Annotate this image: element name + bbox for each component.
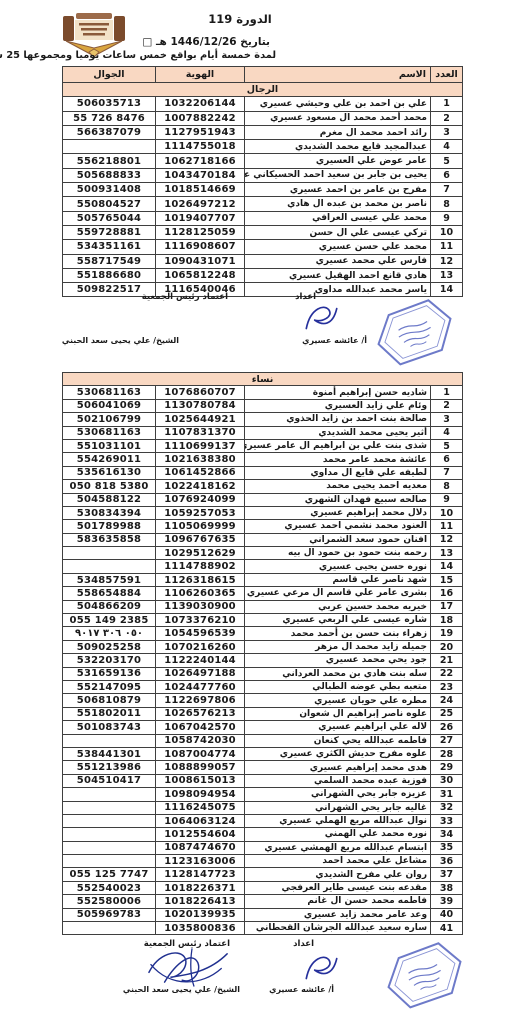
- cell-serial: 12: [431, 254, 463, 268]
- cell-id: 1018226413: [156, 895, 245, 908]
- table-row: 11محمد علي حسن عسيري1116908607534351161: [63, 240, 463, 254]
- cell-id: 1110699137: [156, 439, 245, 452]
- table-row: 10تركي عيسى علي ال حسن112812505955972888…: [63, 225, 463, 239]
- cell-serial: 7: [431, 183, 463, 197]
- cell-name: مشاعل علي محمد احمد: [245, 855, 431, 868]
- table-row: 38مقدعه بنت عيسى طاير العرفجي10182263715…: [63, 881, 463, 894]
- cell-id: 1114755018: [156, 140, 245, 154]
- table-row: 33نوال عبدالله مريع الهملي عسيري10640631…: [63, 814, 463, 827]
- table-row: 21جود يحي محمد عسيري1122240144532203170: [63, 654, 463, 667]
- cell-mobile: 534857591: [63, 573, 156, 586]
- column-header-name: الاسم: [245, 67, 431, 83]
- table-row: 37روان علي مفرح الشديدي1128147723055 125…: [63, 868, 463, 881]
- cell-name: محمد علي حسن عسيري: [245, 240, 431, 254]
- cell-name: نوره حسن يحيى عسيري: [245, 560, 431, 573]
- cell-mobile: 554269011: [63, 453, 156, 466]
- cell-id: 1025644921: [156, 413, 245, 426]
- cell-name: نوره محمد علي الهمني: [245, 828, 431, 841]
- cell-mobile: 551213986: [63, 761, 156, 774]
- cell-name: عائشة محمد عامر محمد: [245, 453, 431, 466]
- table-row: 5عامر عوض علي العسيري1062718166556218801: [63, 154, 463, 168]
- table-row: 3رائد احمد محمد ال مغرم11279519435663870…: [63, 125, 463, 139]
- table-row: 11العنود محمد نشمي احمد عسيري11050699995…: [63, 520, 463, 533]
- cell-id: 1098094954: [156, 788, 245, 801]
- cell-serial: 15: [431, 573, 463, 586]
- table-row: 14نوره حسن يحيى عسيري1114788902: [63, 560, 463, 573]
- cell-id: 1090431071: [156, 254, 245, 268]
- cell-mobile: 530681163: [63, 386, 156, 399]
- table-row: 18شاره عيسى علي الربعي عسيري107337621005…: [63, 614, 463, 627]
- cell-name: فوزية عبده محمد السلمي: [245, 774, 431, 787]
- cell-mobile: [63, 560, 156, 573]
- cell-mobile: [63, 828, 156, 841]
- cell-serial: 9: [431, 493, 463, 506]
- cell-serial: 18: [431, 614, 463, 627]
- cell-mobile: 566387079: [63, 125, 156, 139]
- cell-serial: 1: [431, 386, 463, 399]
- cell-name: عزيزه جابر يحي الشهراني: [245, 788, 431, 801]
- cell-mobile: 558654884: [63, 587, 156, 600]
- approver-name: الشيخ/ علي يحيى سعد الحبني: [62, 336, 179, 345]
- cell-name: جود يحي محمد عسيري: [245, 654, 431, 667]
- cell-name: فاطمه عبدالله يحي كنعان: [245, 734, 431, 747]
- approver-name: الشيخ/ علي يحيى سعد الحبني: [123, 985, 240, 994]
- cell-serial: 10: [431, 506, 463, 519]
- preparer-name: أ/ عائشه عسيري: [302, 336, 367, 345]
- cell-mobile: 534351161: [63, 240, 156, 254]
- cell-id: 1105069999: [156, 520, 245, 533]
- cell-mobile: 501083743: [63, 721, 156, 734]
- cell-mobile: [63, 788, 156, 801]
- cell-serial: 9: [431, 211, 463, 225]
- cell-mobile: 552147095: [63, 680, 156, 693]
- cell-serial: 12: [431, 533, 463, 546]
- cell-id: 1043470184: [156, 168, 245, 182]
- table-row: 6يحيى بن جابر بن سعيد احمد الحسيكاني عسي…: [63, 168, 463, 182]
- cell-id: 1076860707: [156, 386, 245, 399]
- table-row: 30فوزية عبده محمد السلمي1008615013504510…: [63, 774, 463, 787]
- course-title: الدورة 119: [0, 12, 480, 26]
- table-row: 12افنان حمود سعد الشمراني109676763558363…: [63, 533, 463, 546]
- table-row: 4أثير يحيى محمد الشديدي11078313705306811…: [63, 426, 463, 439]
- cell-name: علوه ناصر إبراهيم ال شعوان: [245, 707, 431, 720]
- cell-serial: 23: [431, 680, 463, 693]
- table-row: 10دلال محمد إبراهيم عسيري105925705353083…: [63, 506, 463, 519]
- cell-id: 1123163006: [156, 855, 245, 868]
- cell-name: روان علي مفرح الشديدي: [245, 868, 431, 881]
- cell-id: 1062718166: [156, 154, 245, 168]
- table-row: 35ابتسام عبدالله مريع الهمشي عسيري108747…: [63, 841, 463, 854]
- table-row: 24مطره علي حويان عسيري112269780650681087…: [63, 694, 463, 707]
- cell-id: 1035800836: [156, 922, 245, 935]
- cell-serial: 32: [431, 801, 463, 814]
- cell-serial: 2: [431, 399, 463, 412]
- cell-serial: 11: [431, 520, 463, 533]
- cell-id: 1020139935: [156, 908, 245, 921]
- cell-name: زهراء بنت حسن بن أحمد محمد: [245, 627, 431, 640]
- table-row: 16بشرى عامر علي قاسم ال مرعي عسيري110626…: [63, 587, 463, 600]
- cell-id: 1064063124: [156, 814, 245, 827]
- cell-name: لطيفه علي قايع ال مداوي: [245, 466, 431, 479]
- cell-mobile: 551802011: [63, 707, 156, 720]
- cell-mobile: 509025258: [63, 640, 156, 653]
- cell-mobile: 556218801: [63, 154, 156, 168]
- cell-serial: 24: [431, 694, 463, 707]
- cell-serial: 21: [431, 654, 463, 667]
- men-section-label: الرجال: [63, 83, 463, 97]
- cell-name: لاله علي ابراهيم عسيري: [245, 721, 431, 734]
- table-row: 6عائشة محمد عامر محمد1021638380554269011: [63, 453, 463, 466]
- cell-mobile: 506810879: [63, 694, 156, 707]
- cell-id: 1076924099: [156, 493, 245, 506]
- cell-name: ناصر بن محمد بن عبده ال هادي: [245, 197, 431, 211]
- cell-id: 1026497188: [156, 667, 245, 680]
- cell-id: 1008615013: [156, 774, 245, 787]
- cell-serial: 4: [431, 426, 463, 439]
- cell-serial: 2: [431, 111, 463, 125]
- cell-serial: 33: [431, 814, 463, 827]
- cell-serial: 7: [431, 466, 463, 479]
- cell-mobile: 501789988: [63, 520, 156, 533]
- approver-signature: [140, 945, 240, 989]
- table-row: 12فارس علي محمد عسيري1090431071558717549: [63, 254, 463, 268]
- cell-serial: 14: [431, 560, 463, 573]
- cell-serial: 3: [431, 125, 463, 139]
- cell-name: شاديه حسن إبراهيم أمنوة: [245, 386, 431, 399]
- cell-mobile: [63, 140, 156, 154]
- men-section-row: الرجال: [63, 83, 463, 97]
- prepare-label: اعداد: [293, 939, 314, 949]
- cell-mobile: 050 818 5380: [63, 480, 156, 493]
- cell-name: معديه احمد يحيى محمد: [245, 480, 431, 493]
- cell-id: 1024477760: [156, 680, 245, 693]
- table-row: 22سله بنت هادي بن محمد العرداني102649718…: [63, 667, 463, 680]
- cell-mobile: 504866209: [63, 600, 156, 613]
- cell-name: شذى بنت علي بن ابراهيم ال عامر عسيري: [245, 439, 431, 452]
- cell-id: 1087004774: [156, 747, 245, 760]
- blue-hexagon-stamp: [375, 936, 474, 1017]
- cell-serial: 13: [431, 547, 463, 560]
- column-header-mobile: الجوال: [63, 67, 156, 83]
- table-row: 34نوره محمد علي الهمني1012554604: [63, 828, 463, 841]
- cell-name: مقدعه بنت عيسى طاير العرفجي: [245, 881, 431, 894]
- cell-mobile: 532203170: [63, 654, 156, 667]
- cell-serial: 1: [431, 97, 463, 111]
- cell-mobile: 55 726 8476: [63, 111, 156, 125]
- cell-serial: 22: [431, 667, 463, 680]
- cell-name: محمد علي عيسى العرافي: [245, 211, 431, 225]
- cell-id: 1127951943: [156, 125, 245, 139]
- cell-mobile: 559728881: [63, 225, 156, 239]
- cell-id: 1116245075: [156, 801, 245, 814]
- cell-serial: 6: [431, 168, 463, 182]
- cell-serial: 6: [431, 453, 463, 466]
- cell-serial: 26: [431, 721, 463, 734]
- cell-name: فاطمه محمد حسن ال غانم: [245, 895, 431, 908]
- cell-id: 1026497212: [156, 197, 245, 211]
- cell-serial: 41: [431, 922, 463, 935]
- table-row: 7مفرح بن عامر بن احمد عسيري1018514669500…: [63, 183, 463, 197]
- cell-id: 1106260365: [156, 587, 245, 600]
- cell-mobile: 505688833: [63, 168, 156, 182]
- cell-id: 1116908607: [156, 240, 245, 254]
- cell-mobile: 500931408: [63, 183, 156, 197]
- cell-name: بشرى عامر علي قاسم ال مرعي عسيري: [245, 587, 431, 600]
- cell-name: سله بنت هادي بن محمد العرداني: [245, 667, 431, 680]
- table-row: 5شذى بنت علي بن ابراهيم ال عامر عسيري111…: [63, 439, 463, 452]
- table-row: 13رحمه بنت حمود بن حمود ال بيه1029512629: [63, 547, 463, 560]
- cell-mobile: 506041069: [63, 399, 156, 412]
- cell-serial: 8: [431, 197, 463, 211]
- cell-mobile: 550804527: [63, 197, 156, 211]
- cell-name: هدى محمد إبراهيم عسيري: [245, 761, 431, 774]
- cell-id: 1061452866: [156, 466, 245, 479]
- cell-name: علوه مفرح حديش الكثري عسيري: [245, 747, 431, 760]
- cell-name: عبدالمجيد قايع محمد الشديدي: [245, 140, 431, 154]
- cell-name: افنان حمود سعد الشمراني: [245, 533, 431, 546]
- cell-name: يحيى بن جابر بن سعيد احمد الحسيكاني عسير…: [245, 168, 431, 182]
- table-row: 13هادي قانع احمد الهقيل عسيري10658122485…: [63, 268, 463, 282]
- cell-name: رحمه بنت حمود بن حمود ال بيه: [245, 547, 431, 560]
- women-signature-block: اعتماد رئيس الجمعية اعداد الشيخ/ علي يحي…: [62, 938, 462, 1022]
- cell-name: وئام علي زايد العسيري: [245, 399, 431, 412]
- course-date-line: □ بتاريخ 1446/12/26 هـ: [142, 36, 270, 48]
- cell-mobile: 502106799: [63, 413, 156, 426]
- cell-id: 1012554604: [156, 828, 245, 841]
- cell-name: مفرح بن عامر بن احمد عسيري: [245, 183, 431, 197]
- cell-name: محمد أحمد محمد ال مسعود عسيري: [245, 111, 431, 125]
- table-row: 28علوه مفرح حديش الكثري عسيري10870047745…: [63, 747, 463, 760]
- table-header-row: العدد الاسم الهوية الجوال: [63, 67, 463, 83]
- cell-name: غاليه جابر يحي الشهراني: [245, 801, 431, 814]
- cell-mobile: 505969783: [63, 908, 156, 921]
- cell-mobile: 530681163: [63, 426, 156, 439]
- cell-serial: 29: [431, 761, 463, 774]
- cell-serial: 27: [431, 734, 463, 747]
- cell-mobile: [63, 547, 156, 560]
- table-row: 26لاله علي ابراهيم عسيري1067042570501083…: [63, 721, 463, 734]
- table-row: 39فاطمه محمد حسن ال غانم1018226413552580…: [63, 895, 463, 908]
- table-row: 8ناصر بن محمد بن عبده ال هادي10264972125…: [63, 197, 463, 211]
- column-header-serial: العدد: [431, 67, 463, 83]
- table-row: 9صالحه سبيع فهدان الشهري1076924099504588…: [63, 493, 463, 506]
- cell-serial: 37: [431, 868, 463, 881]
- cell-name: صالحه سبيع فهدان الشهري: [245, 493, 431, 506]
- cell-mobile: 538441301: [63, 747, 156, 760]
- cell-id: 1128125059: [156, 225, 245, 239]
- course-duration-line: □ لمدة خمسة أيام بواقع خمس ساعات يوميا و…: [0, 50, 276, 61]
- cell-mobile: ٠٥٠ ٣٠٦ ٩٠١٧: [63, 627, 156, 640]
- cell-id: 1087474670: [156, 841, 245, 854]
- cell-name: دلال محمد إبراهيم عسيري: [245, 506, 431, 519]
- cell-id: 1139030900: [156, 600, 245, 613]
- cell-id: 1114788902: [156, 560, 245, 573]
- preparer-signature: [300, 301, 342, 333]
- cell-serial: 36: [431, 855, 463, 868]
- cell-mobile: 535616130: [63, 466, 156, 479]
- cell-id: 1073376210: [156, 614, 245, 627]
- cell-id: 1088899057: [156, 761, 245, 774]
- cell-id: 1032206144: [156, 97, 245, 111]
- table-row: 1علي بن احمد بن علي وحيشي عسيري103220614…: [63, 97, 463, 111]
- cell-mobile: [63, 841, 156, 854]
- cell-serial: 4: [431, 140, 463, 154]
- table-row: 27فاطمه عبدالله يحي كنعان1058742030: [63, 734, 463, 747]
- cell-mobile: 552540023: [63, 881, 156, 894]
- cell-id: 1070216260: [156, 640, 245, 653]
- cell-name: خيريه محمد حسين عربي: [245, 600, 431, 613]
- cell-mobile: [63, 922, 156, 935]
- cell-name: هادي قانع احمد الهقيل عسيري: [245, 268, 431, 282]
- women-section-label: نساء: [63, 373, 463, 386]
- cell-serial: 20: [431, 640, 463, 653]
- cell-serial: 13: [431, 268, 463, 282]
- cell-mobile: 552580006: [63, 895, 156, 908]
- cell-serial: 8: [431, 480, 463, 493]
- cell-mobile: 506035713: [63, 97, 156, 111]
- table-row: 8معديه احمد يحيى محمد1022418162050 818 5…: [63, 480, 463, 493]
- cell-mobile: 055 149 2385: [63, 614, 156, 627]
- cell-name: علي بن احمد بن علي وحيشي عسيري: [245, 97, 431, 111]
- column-header-id: الهوية: [156, 67, 245, 83]
- cell-id: 1128147723: [156, 868, 245, 881]
- cell-id: 1065812248: [156, 268, 245, 282]
- blue-hexagon-stamp: [365, 293, 464, 374]
- table-row: 32غاليه جابر يحي الشهراني1116245075: [63, 801, 463, 814]
- cell-id: 1007882242: [156, 111, 245, 125]
- cell-name: العنود محمد نشمي احمد عسيري: [245, 520, 431, 533]
- women-section-row: نساء: [63, 373, 463, 386]
- table-row: 41ساره سعيد عبدالله الجرشان القحطاني1035…: [63, 922, 463, 935]
- cell-id: 1059257053: [156, 506, 245, 519]
- cell-serial: 3: [431, 413, 463, 426]
- cell-mobile: 531659136: [63, 667, 156, 680]
- cell-name: صالحة بنت احمد بن زايد الحذوي: [245, 413, 431, 426]
- cell-name: فارس علي محمد عسيري: [245, 254, 431, 268]
- table-row: 3صالحة بنت احمد بن زايد الحذوي1025644921…: [63, 413, 463, 426]
- cell-id: 1019407707: [156, 211, 245, 225]
- cell-serial: 28: [431, 747, 463, 760]
- women-roster-table: نساء 1شاديه حسن إبراهيم أمنوة10768607075…: [62, 372, 463, 935]
- cell-id: 1096767635: [156, 533, 245, 546]
- cell-mobile: 583635858: [63, 533, 156, 546]
- cell-id: 1067042570: [156, 721, 245, 734]
- cell-name: شهد ناصر علي قاسم: [245, 573, 431, 586]
- preparer-name: أ/ عائشه عسيري: [269, 985, 334, 994]
- cell-mobile: [63, 855, 156, 868]
- cell-mobile: 055 125 7747: [63, 868, 156, 881]
- cell-serial: 17: [431, 600, 463, 613]
- cell-name: مطره علي حويان عسيري: [245, 694, 431, 707]
- men-roster-table: العدد الاسم الهوية الجوال الرجال 1علي بن…: [62, 66, 463, 297]
- table-row: 29هدى محمد إبراهيم عسيري1088899057551213…: [63, 761, 463, 774]
- cell-serial: 10: [431, 225, 463, 239]
- cell-serial: 31: [431, 788, 463, 801]
- table-row: 7لطيفه علي قايع ال مداوي1061452866535616…: [63, 466, 463, 479]
- table-row: 36مشاعل علي محمد احمد1123163006: [63, 855, 463, 868]
- cell-id: 1026576213: [156, 707, 245, 720]
- cell-id: 1122697806: [156, 694, 245, 707]
- cell-mobile: 551886680: [63, 268, 156, 282]
- cell-mobile: 505765044: [63, 211, 156, 225]
- cell-serial: 25: [431, 707, 463, 720]
- cell-serial: 34: [431, 828, 463, 841]
- table-row: 15شهد ناصر علي قاسم1126318615534857591: [63, 573, 463, 586]
- table-row: 31عزيزه جابر يحي الشهراني1098094954: [63, 788, 463, 801]
- cell-mobile: 504588122: [63, 493, 156, 506]
- preparer-signature: [300, 951, 342, 983]
- cell-serial: 40: [431, 908, 463, 921]
- cell-id: 1130780784: [156, 399, 245, 412]
- table-row: 25علوه ناصر إبراهيم ال شعوان102657621355…: [63, 707, 463, 720]
- table-row: 40وعد عامر محمد زايد عسيري10201399355059…: [63, 908, 463, 921]
- cell-name: تركي عيسى علي ال حسن: [245, 225, 431, 239]
- cell-serial: 19: [431, 627, 463, 640]
- cell-name: ابتسام عبدالله مريع الهمشي عسيري: [245, 841, 431, 854]
- cell-name: عامر عوض علي العسيري: [245, 154, 431, 168]
- table-row: 23متعبه بطي عوضه الطبالي1024477760552147…: [63, 680, 463, 693]
- cell-name: متعبه بطي عوضه الطبالي: [245, 680, 431, 693]
- cell-serial: 16: [431, 587, 463, 600]
- table-row: 20جميله زايد محمد ال مزهر107021626050902…: [63, 640, 463, 653]
- cell-id: 1054596539: [156, 627, 245, 640]
- table-row: 4عبدالمجيد قايع محمد الشديدي1114755018: [63, 140, 463, 154]
- cell-mobile: [63, 801, 156, 814]
- cell-serial: 38: [431, 881, 463, 894]
- cell-mobile: 504510417: [63, 774, 156, 787]
- table-row: 17خيريه محمد حسين عربي113903090050486620…: [63, 600, 463, 613]
- cell-id: 1022418162: [156, 480, 245, 493]
- cell-serial: 5: [431, 154, 463, 168]
- cell-name: نوال عبدالله مريع الهملي عسيري: [245, 814, 431, 827]
- table-row: 2محمد أحمد محمد ال مسعود عسيري1007882242…: [63, 111, 463, 125]
- approve-label: اعتماد رئيس الجمعية: [142, 292, 228, 302]
- cell-serial: 35: [431, 841, 463, 854]
- men-signature-block: اعتماد رئيس الجمعية اعداد الشيخ/ علي يحي…: [62, 291, 462, 375]
- cell-serial: 5: [431, 439, 463, 452]
- cell-name: جميله زايد محمد ال مزهر: [245, 640, 431, 653]
- cell-serial: 30: [431, 774, 463, 787]
- cell-mobile: [63, 734, 156, 747]
- cell-name: أثير يحيى محمد الشديدي: [245, 426, 431, 439]
- cell-id: 1018514669: [156, 183, 245, 197]
- cell-id: 1018226371: [156, 881, 245, 894]
- table-row: 1شاديه حسن إبراهيم أمنوة1076860707530681…: [63, 386, 463, 399]
- cell-id: 1058742030: [156, 734, 245, 747]
- cell-name: رائد احمد محمد ال مغرم: [245, 125, 431, 139]
- cell-mobile: 558717549: [63, 254, 156, 268]
- cell-id: 1021638380: [156, 453, 245, 466]
- table-row: 9محمد علي عيسى العرافي101940770750576504…: [63, 211, 463, 225]
- cell-serial: 39: [431, 895, 463, 908]
- cell-mobile: [63, 814, 156, 827]
- scanned-roster-document: الدورة 119 □ بتاريخ 1446/12/26 هـ □ لمدة…: [0, 0, 528, 1024]
- cell-mobile: 551031101: [63, 439, 156, 452]
- cell-id: 1107831370: [156, 426, 245, 439]
- table-row: 19زهراء بنت حسن بن أحمد محمد1054596539٠٥…: [63, 627, 463, 640]
- cell-name: شاره عيسى علي الربعي عسيري: [245, 614, 431, 627]
- cell-id: 1029512629: [156, 547, 245, 560]
- cell-serial: 11: [431, 240, 463, 254]
- cell-name: ساره سعيد عبدالله الجرشان القحطاني: [245, 922, 431, 935]
- table-row: 2وئام علي زايد العسيري113078078450604106…: [63, 399, 463, 412]
- cell-id: 1126318615: [156, 573, 245, 586]
- cell-id: 1122240144: [156, 654, 245, 667]
- cell-mobile: 530834394: [63, 506, 156, 519]
- cell-name: وعد عامر محمد زايد عسيري: [245, 908, 431, 921]
